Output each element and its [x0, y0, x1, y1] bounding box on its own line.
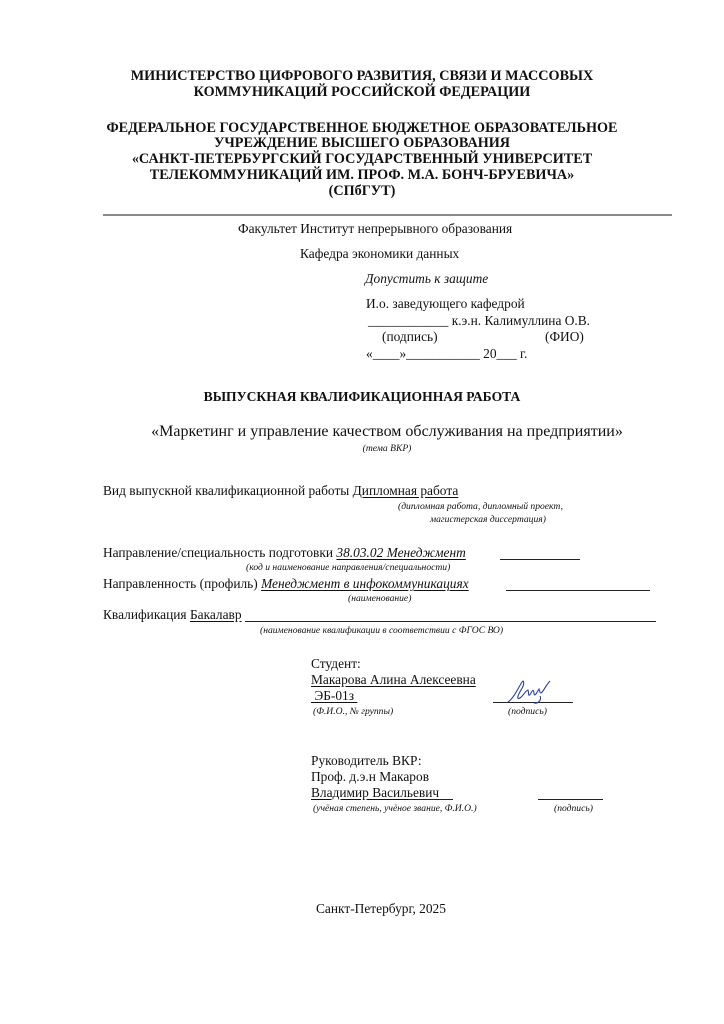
qualification-label: Квалификация: [103, 607, 187, 622]
university-line-1: «САНКТ-ПЕТЕРБУРГСКИЙ ГОСУДАРСТВЕННЫЙ УНИ…: [0, 152, 724, 167]
qualification-value: Бакалавр: [190, 607, 242, 622]
work-topic: «Маркетинг и управление качеством обслуж…: [0, 423, 724, 441]
approval-signature-caption: (подпись): [382, 329, 438, 345]
direction-caption: (код и наименование направления/специаль…: [246, 562, 450, 573]
work-type-title: ВЫПУСКНАЯ КВАЛИФИКАЦИОННАЯ РАБОТА: [0, 389, 724, 404]
header-divider: [103, 214, 672, 216]
direction-row: Направление/специальность подготовки 38.…: [103, 545, 466, 561]
supervisor-signature-caption: (подпись): [554, 803, 593, 814]
approval-fio-caption: (ФИО): [545, 329, 584, 345]
supervisor-label: Руководитель ВКР:: [311, 753, 422, 769]
work-kind-caption-2: магистерская диссертация): [430, 514, 546, 525]
profile-row: Направленность (профиль) Менеджмент в ин…: [103, 576, 469, 592]
supervisor-signature-line: [538, 799, 603, 800]
direction-value: 38.03.02 Менеджмент: [336, 545, 465, 560]
profile-label: Направленность (профиль): [103, 576, 258, 591]
approval-name-line: ____________ к.э.н. Калимуллина О.В.: [368, 313, 590, 329]
work-kind-row: Вид выпускной квалификационной работы Ди…: [103, 483, 458, 499]
ministry-line-1: МИНИСТЕРСТВО ЦИФРОВОГО РАЗВИТИЯ, СВЯЗИ И…: [0, 69, 724, 84]
student-group: ЭБ-01з: [311, 688, 357, 704]
student-signature-caption: (подпись): [508, 706, 547, 717]
direction-label: Направление/специальность подготовки: [103, 545, 333, 560]
city-year: Санкт-Петербург, 2025: [316, 901, 446, 917]
supervisor-title-name: Проф. д.э.н Макаров: [311, 769, 429, 785]
direction-underline: [500, 559, 580, 560]
university-line-2: ТЕЛЕКОММУНИКАЦИЙ ИМ. ПРОФ. М.А. БОНЧ-БРУ…: [0, 168, 724, 183]
profile-value: Менеджмент в инфокоммуникациях: [261, 576, 469, 591]
student-signature: [504, 676, 556, 706]
student-label: Студент:: [311, 656, 361, 672]
qualification-caption: (наименование квалификации в соответстви…: [260, 625, 503, 636]
student-name: Макарова Алина Алексеевна: [311, 672, 476, 688]
approval-title: Допустить к защите: [365, 271, 488, 287]
approval-position: И.о. заведующего кафедрой: [366, 296, 525, 312]
university-abbreviation: (СПбГУТ): [0, 184, 724, 199]
institution-line-1: ФЕДЕРАЛЬНОЕ ГОСУДАРСТВЕННОЕ БЮДЖЕТНОЕ ОБ…: [0, 121, 724, 136]
work-topic-caption: (тема ВКР): [0, 443, 724, 454]
ministry-line-2: КОММУНИКАЦИЙ РОССИЙСКОЙ ФЕДЕРАЦИИ: [0, 85, 724, 100]
institution-line-2: УЧРЕЖДЕНИЕ ВЫСШЕГО ОБРАЗОВАНИЯ: [0, 136, 724, 151]
supervisor-name-underline: [408, 799, 453, 800]
student-fio-caption: (Ф.И.О., № группы): [313, 706, 393, 717]
department: Кафедра экономики данных: [300, 246, 459, 262]
profile-underline: [506, 590, 650, 591]
profile-caption: (наименование): [348, 593, 411, 604]
approval-date-line: «____»___________ 20___ г.: [366, 346, 527, 362]
qualification-row: Квалификация Бакалавр: [103, 607, 242, 623]
work-kind-label: Вид выпускной квалификационной работы: [103, 483, 349, 498]
qualification-underline: [245, 621, 656, 622]
work-kind-caption-1: (дипломная работа, дипломный проект,: [398, 501, 563, 512]
faculty: Факультет Институт непрерывного образова…: [238, 221, 512, 237]
supervisor-caption: (учёная степень, учёное звание, Ф.И.О.): [313, 803, 477, 814]
work-kind-value: Дипломная работа: [353, 483, 459, 498]
